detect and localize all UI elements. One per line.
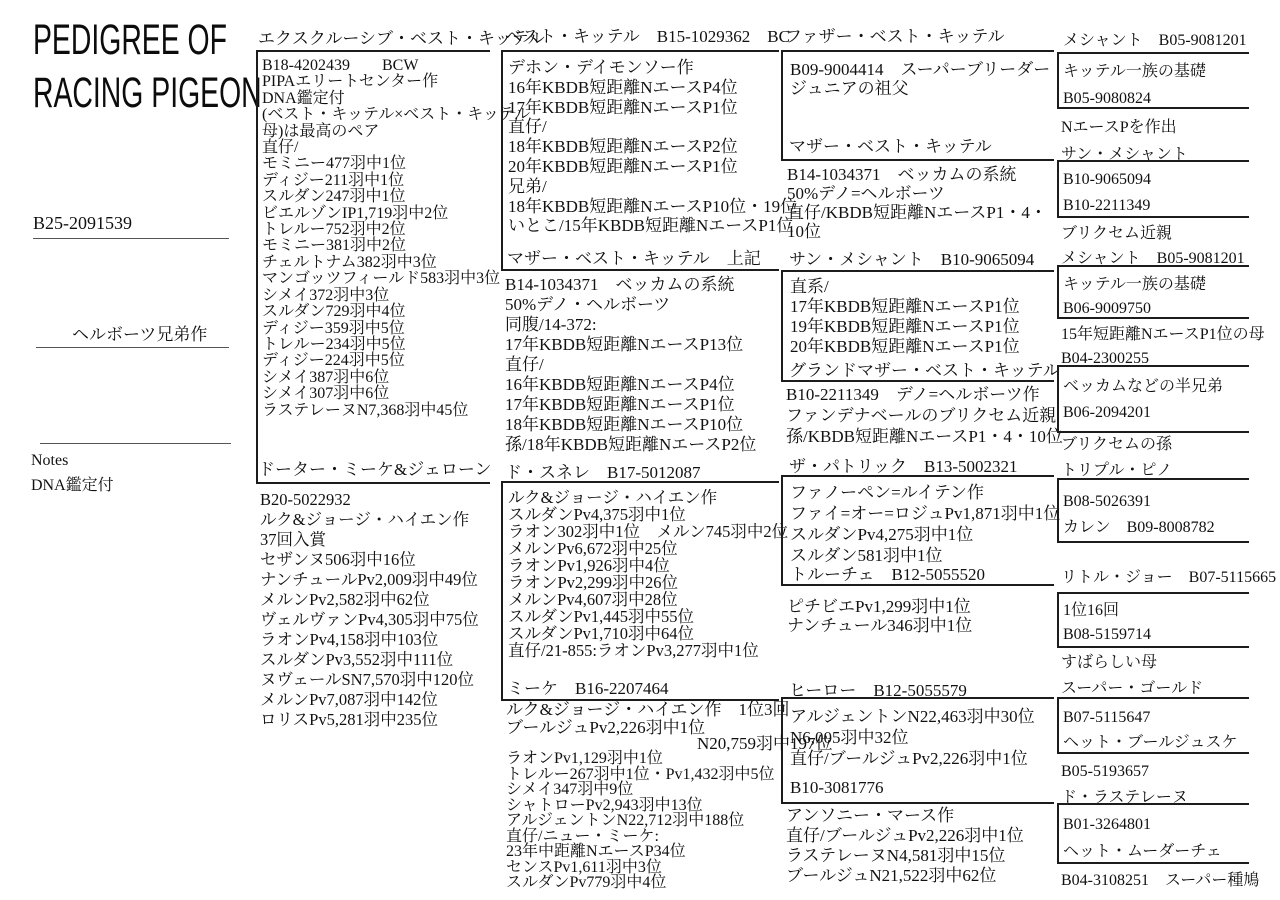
- pedigree-line: PIPAエリートセンター作: [262, 74, 488, 90]
- pedigree-line: ベッカムなどの半兄弟: [1063, 374, 1247, 400]
- gen4-entry-14: B07-5115647ヘット・ブールジュスケ: [1063, 705, 1247, 755]
- pedigree-line: 直仔/KBDB短距離NエースP1・4・10位: [787, 203, 1055, 241]
- gen4-entry-12: 1位16回B08-5159714: [1063, 599, 1247, 647]
- pedigree-line: ルク&ジョージ・ハイエン作: [508, 489, 778, 506]
- gen4-entry-09: ブリクセムの孫トリプル・ピノ: [1061, 432, 1247, 484]
- gen2-dam-sire-header: ド・スネレ B17-5012087: [505, 458, 701, 483]
- pedigree-line: ヘット・ブールジュスケ: [1063, 730, 1247, 755]
- pedigree-line: トレルー267羽中1位・Pv1,432羽中5位: [506, 767, 778, 783]
- pedigree-line: NエースPを作出: [1061, 114, 1247, 141]
- pedigree-line: B10-9065094: [1063, 167, 1247, 193]
- gen3-b4-header: グランドマザー・ベスト・キッテル: [789, 356, 1060, 381]
- gen2-sire-dam-header: マザー・ベスト・キッテル 上記: [507, 244, 761, 269]
- pedigree-title: PEDIGREE OF RACING PIGEON: [33, 14, 262, 120]
- pedigree-line: ラオンPv1,926羽中4位: [508, 557, 778, 574]
- pedigree-line: メルンPv7,087羽中142位: [260, 690, 488, 710]
- pedigree-line: B06-9009750: [1063, 297, 1247, 321]
- pedigree-line: ルク&ジョージ・ハイエン作 1位3回: [506, 701, 778, 719]
- gen4-entry-17: B04-3108251 スーパー種鳩: [1061, 868, 1261, 894]
- gen1-sire-header: エクスクルーシブ・ベスト・キッテル: [258, 24, 545, 49]
- pedigree-line: ナンチュールPv2,009羽中49位: [260, 570, 488, 590]
- pedigree-line: 19年KBDB短距離NエースP1位: [790, 317, 1052, 337]
- pedigree-line: 17年KBDB短距離NエースP1位: [508, 98, 778, 118]
- pedigree-line: ルク&ジョージ・ハイエン作: [260, 510, 488, 530]
- pedigree-line: 直仔/ブールジュPv2,226羽中1位: [786, 826, 1054, 846]
- pedigree-line: スルダン729羽中4位: [262, 304, 488, 320]
- gen4-entry-05: ブリクセム近親メシャント B05-9081201: [1061, 221, 1247, 271]
- gen4-entry-08: ベッカムなどの半兄弟B06-2094201: [1063, 374, 1247, 426]
- gen1-dam-details: B20-5022932ルク&ジョージ・ハイエン作37回入賞セザンヌ506羽中16…: [260, 490, 488, 730]
- pedigree-line: スルダンPv3,552羽中111位: [260, 650, 488, 670]
- gen2-dam-dam-header: ミーケ B16-2207464: [507, 674, 669, 699]
- pedigree-line: スルダン247羽中1位: [262, 189, 488, 205]
- gen4-entry-01: メシャント B05-9081201: [1063, 28, 1247, 54]
- gen1-dam-header: ドーター・ミーケ&ジェローン: [258, 455, 492, 480]
- subject-ring-number: B25-2091539: [33, 213, 132, 234]
- pedigree-line: 16年KBDB短距離NエースP4位: [508, 78, 778, 98]
- pedigree-line: シメイ387羽中6位: [262, 370, 488, 386]
- pedigree-line: B05-9080824: [1063, 85, 1247, 112]
- pedigree-line: ヘット・ムーダーチェ: [1063, 838, 1247, 865]
- pedigree-line: 母)は最高のペア: [262, 124, 488, 140]
- pedigree-line: ラステレーヌN4,581羽中15位: [786, 846, 1054, 866]
- pedigree-line: B01-3264801: [1063, 811, 1247, 838]
- pedigree-line: シメイ347羽中9位: [506, 782, 778, 798]
- pedigree-line: 50%デノ=ヘルボーツ: [787, 184, 1055, 203]
- pedigree-line: 兄弟/: [508, 177, 778, 197]
- pedigree-line: ファイ=オー=ロジュPv1,871羽中1位: [790, 503, 1052, 524]
- pedigree-line: ラオンPv4,158羽中103位: [260, 630, 488, 650]
- notes-value: DNA鑑定付: [31, 472, 114, 495]
- pedigree-line: 18年KBDB短距離NエースP2位: [508, 137, 778, 157]
- pedigree-line: モミニー381羽中2位: [262, 238, 488, 254]
- pedigree-line: ラオンPv2,299羽中26位: [508, 574, 778, 591]
- pedigree-line: アルジェントンN22,712羽中188位: [506, 813, 778, 829]
- gen4-entry-07: 15年短距離NエースP1位の母B04-2300255: [1061, 323, 1247, 371]
- gen3-b1-details: B09-9004414 スーパーブリーダージュニアの祖父: [790, 60, 1052, 98]
- pedigree-line: 同腹/14-372:: [505, 315, 777, 335]
- pedigree-line: メシャント B05-9081201: [1063, 28, 1247, 54]
- pedigree-line: トレルー234羽中5位: [262, 337, 488, 353]
- gen3-b6-details: ピチビエPv1,299羽中1位ナンチュール346羽中1位: [787, 597, 1055, 635]
- gen4-entry-04: B10-9065094B10-2211349: [1063, 167, 1247, 219]
- pedigree-line: ラオン302羽中1位 メルン745羽中2位: [508, 523, 778, 540]
- gen3-b5-header: ザ・パトリック B13-5002321: [789, 452, 1017, 477]
- pedigree-line: 直仔/: [505, 355, 777, 375]
- pedigree-line: B04-3108251 スーパー種鳩: [1061, 868, 1261, 894]
- pedigree-line: (ベスト・キッテル×ベスト・キッテル: [262, 107, 488, 123]
- pedigree-line: セザンヌ506羽中16位: [260, 550, 488, 570]
- pedigree-title-line2: RACING PIGEON: [33, 67, 262, 120]
- pedigree-line: スルダンPv1,445羽中55位: [508, 608, 778, 625]
- pedigree-line: B14-1034371 ベッカムの系統: [505, 275, 777, 295]
- gen4-entry-06: キッテル一族の基礎B06-9009750: [1063, 273, 1247, 321]
- pedigree-title-line1: PEDIGREE OF: [33, 14, 262, 67]
- gen4-entry-02: キッテル一族の基礎B05-9080824: [1063, 58, 1247, 112]
- pedigree-line: 20年KBDB短距離NエースP1位: [508, 157, 778, 177]
- pedigree-line: 孫/KBDB短距離NエースP1・4・10位: [786, 426, 1054, 447]
- pedigree-line: スルダンPv4,375羽中1位: [508, 506, 778, 523]
- pedigree-line: すばらしい母: [1061, 650, 1247, 676]
- pedigree-line: B18-4202439 BCW: [262, 58, 488, 74]
- pedigree-line: ブールジュN21,522羽中62位: [786, 866, 1054, 886]
- gen3-b3-details: 直系/17年KBDB短距離NエースP1位19年KBDB短距離NエースP1位20年…: [790, 277, 1052, 357]
- notes-label: Notes: [31, 452, 68, 470]
- gen4-entry-16: B01-3264801ヘット・ムーダーチェ: [1063, 811, 1247, 865]
- gen2-dam-sire-details: ルク&ジョージ・ハイエン作スルダンPv4,375羽中1位ラオン302羽中1位 メ…: [508, 489, 778, 659]
- pedigree-line: マンゴッツフィールド583羽中3位: [262, 271, 488, 287]
- pedigree-line: ディジー359羽中5位: [262, 321, 488, 337]
- gen3-b5-details: ファノーペン=ルイテン作ファイ=オー=ロジュPv1,871羽中1位スルダンPv4…: [790, 482, 1052, 566]
- gen4-entry-11: リトル・ジョー B07-5115665: [1061, 565, 1247, 591]
- pedigree-line: 17年KBDB短距離NエースP1位: [505, 395, 777, 415]
- pedigree-line: ビエルゾンIP1,719羽中2位: [262, 206, 488, 222]
- pedigree-line: B10-2211349: [1063, 193, 1247, 219]
- gen2-sire-sire-header: ベスト・キッテル B15-1029362 BC: [505, 22, 790, 47]
- gen3-b1-header: ファザー・ベスト・キッテル: [785, 22, 1004, 47]
- gen3-b6-header: トルーチェ B12-5055520: [790, 560, 985, 585]
- gen3-b4-details: B10-2211349 デノ=ヘルボーツ作ファンデナベールのブリクセム近親孫/K…: [786, 384, 1054, 447]
- gen1-sire-details: B18-4202439 BCWPIPAエリートセンター作DNA鑑定付(ベスト・キ…: [262, 58, 488, 419]
- pedigree-line: アンソニー・マース作: [786, 806, 1054, 826]
- pedigree-line: 20年KBDB短距離NエースP1位: [790, 337, 1052, 357]
- pedigree-line: スルダンPv1,710羽中64位: [508, 625, 778, 642]
- pedigree-line: シメイ372羽中3位: [262, 288, 488, 304]
- pedigree-line: ヌヴェールSN7,570羽中120位: [260, 670, 488, 690]
- gen4-entry-10: B08-5026391カレン B09-8008782: [1063, 489, 1247, 541]
- pedigree-line: 15年短距離NエースP1位の母: [1061, 323, 1247, 347]
- pedigree-line: ナンチュール346羽中1位: [787, 616, 1055, 635]
- pedigree-line: 50%デノ・ヘルボーツ: [505, 295, 777, 315]
- pedigree-line: リトル・ジョー B07-5115665: [1061, 565, 1247, 591]
- gen3-b8-details: アンソニー・マース作直仔/ブールジュPv2,226羽中1位ラステレーヌN4,58…: [786, 806, 1054, 886]
- pedigree-line: キッテル一族の基礎: [1063, 273, 1247, 297]
- pedigree-line: アルジェントンN22,463羽中30位: [790, 706, 1052, 727]
- gen3-b2-details: B14-1034371 ベッカムの系統50%デノ=ヘルボーツ直仔/KBDB短距離…: [787, 165, 1055, 241]
- pedigree-line: B05-5193657: [1061, 759, 1247, 785]
- pedigree-line: 直仔/: [508, 117, 778, 137]
- overlapping-result-text: N20,759羽中197位: [697, 729, 833, 754]
- subject-breeder: ヘルボーツ兄弟作: [72, 320, 207, 345]
- pedigree-line: DNA鑑定付: [262, 91, 488, 107]
- pedigree-line: ラステレーヌN7,368羽中45位: [262, 403, 488, 419]
- pedigree-line: ディジー224羽中5位: [262, 353, 488, 369]
- pedigree-line: 孫/18年KBDB短距離NエースP2位: [505, 435, 777, 455]
- pedigree-line: B08-5159714: [1063, 623, 1247, 647]
- pedigree-line: メルンPv4,607羽中28位: [508, 591, 778, 608]
- pedigree-line: B20-5022932: [260, 490, 488, 510]
- pedigree-page: { "page": { "title_line1": "PEDIGREE OF"…: [0, 0, 1280, 900]
- pedigree-line: B10-2211349 デノ=ヘルボーツ作: [786, 384, 1054, 405]
- notes-divider-line: [40, 443, 231, 444]
- pedigree-line: 直仔/ニュー・ミーケ:: [506, 829, 778, 845]
- pedigree-line: デホン・デイモンソー作: [508, 58, 778, 78]
- gen3-b8-header: B10-3081776: [790, 778, 884, 798]
- gen3-b2-header: マザー・ベスト・キッテル: [789, 132, 992, 157]
- pedigree-line: 直仔/21-855:ラオンPv3,277羽中1位: [508, 642, 778, 659]
- gen2-sire-sire-details: デホン・デイモンソー作16年KBDB短距離NエースP4位17年KBDB短距離Nエ…: [508, 58, 778, 236]
- pedigree-line: 23年中距離NエースP34位: [506, 844, 778, 860]
- pedigree-line: B14-1034371 ベッカムの系統: [787, 165, 1055, 184]
- pedigree-line: トレルー752羽中2位: [262, 222, 488, 238]
- gen2-sire-dam-details: B14-1034371 ベッカムの系統50%デノ・ヘルボーツ同腹/14-372:…: [505, 275, 777, 455]
- pedigree-line: 37回入賞: [260, 530, 488, 550]
- pedigree-line: ディジー211羽中1位: [262, 173, 488, 189]
- pedigree-line: 17年KBDB短距離NエースP1位: [790, 297, 1052, 317]
- pedigree-line: いとこ/15年KBDB短距離NエースP1位: [508, 216, 778, 236]
- pedigree-line: ジュニアの祖父: [790, 79, 1052, 98]
- gen2-dam-dam-results: ラオンPv1,129羽中1位トレルー267羽中1位・Pv1,432羽中5位シメイ…: [506, 751, 778, 891]
- pedigree-line: 直系/: [790, 277, 1052, 297]
- pedigree-line: ブリクセム近親: [1061, 221, 1247, 246]
- pedigree-line: メルンPv2,582羽中62位: [260, 590, 488, 610]
- subject-dam-line: [36, 347, 229, 348]
- gen3-b3-header: サン・メシャント B10-9065094: [789, 245, 1034, 270]
- gen4-entry-13: すばらしい母スーパー・ゴールド: [1061, 650, 1247, 702]
- pedigree-line: シャトローPv2,943羽中13位: [506, 798, 778, 814]
- pedigree-line: モミニー477羽中1位: [262, 156, 488, 172]
- pedigree-line: シメイ307羽中6位: [262, 386, 488, 402]
- pedigree-line: B07-5115647: [1063, 705, 1247, 730]
- pedigree-line: スルダンPv4,275羽中1位: [790, 524, 1052, 545]
- pedigree-line: ファンデナベールのブリクセム近親: [786, 405, 1054, 426]
- pedigree-line: ファノーペン=ルイテン作: [790, 482, 1052, 503]
- pedigree-line: ヴェルヴァンPv4,305羽中75位: [260, 610, 488, 630]
- pedigree-line: B06-2094201: [1063, 400, 1247, 426]
- pedigree-line: カレン B09-8008782: [1063, 515, 1247, 541]
- subject-sire-line: [33, 238, 229, 239]
- pedigree-line: メルンPv6,672羽中25位: [508, 540, 778, 557]
- pedigree-line: 18年KBDB短距離NエースP10位: [505, 415, 777, 435]
- pedigree-line: チェルトナム382羽中3位: [262, 255, 488, 271]
- pedigree-line: ピチビエPv1,299羽中1位: [787, 597, 1055, 616]
- pedigree-line: 18年KBDB短距離NエースP10位・19位: [508, 197, 778, 217]
- pedigree-line: キッテル一族の基礎: [1063, 58, 1247, 85]
- pedigree-line: 直仔/: [262, 140, 488, 156]
- pedigree-line: B08-5026391: [1063, 489, 1247, 515]
- pedigree-line: センスPv1,611羽中3位: [506, 860, 778, 876]
- pedigree-line: B09-9004414 スーパーブリーダー: [790, 60, 1052, 79]
- pedigree-line: ブリクセムの孫: [1061, 432, 1247, 458]
- pedigree-line: 16年KBDB短距離NエースP4位: [505, 375, 777, 395]
- pedigree-line: スルダンPv779羽中4位: [506, 875, 778, 891]
- pedigree-line: 17年KBDB短距離NエースP13位: [505, 335, 777, 355]
- pedigree-line: ロリスPv5,281羽中235位: [260, 710, 488, 730]
- pedigree-line: 1位16回: [1063, 599, 1247, 623]
